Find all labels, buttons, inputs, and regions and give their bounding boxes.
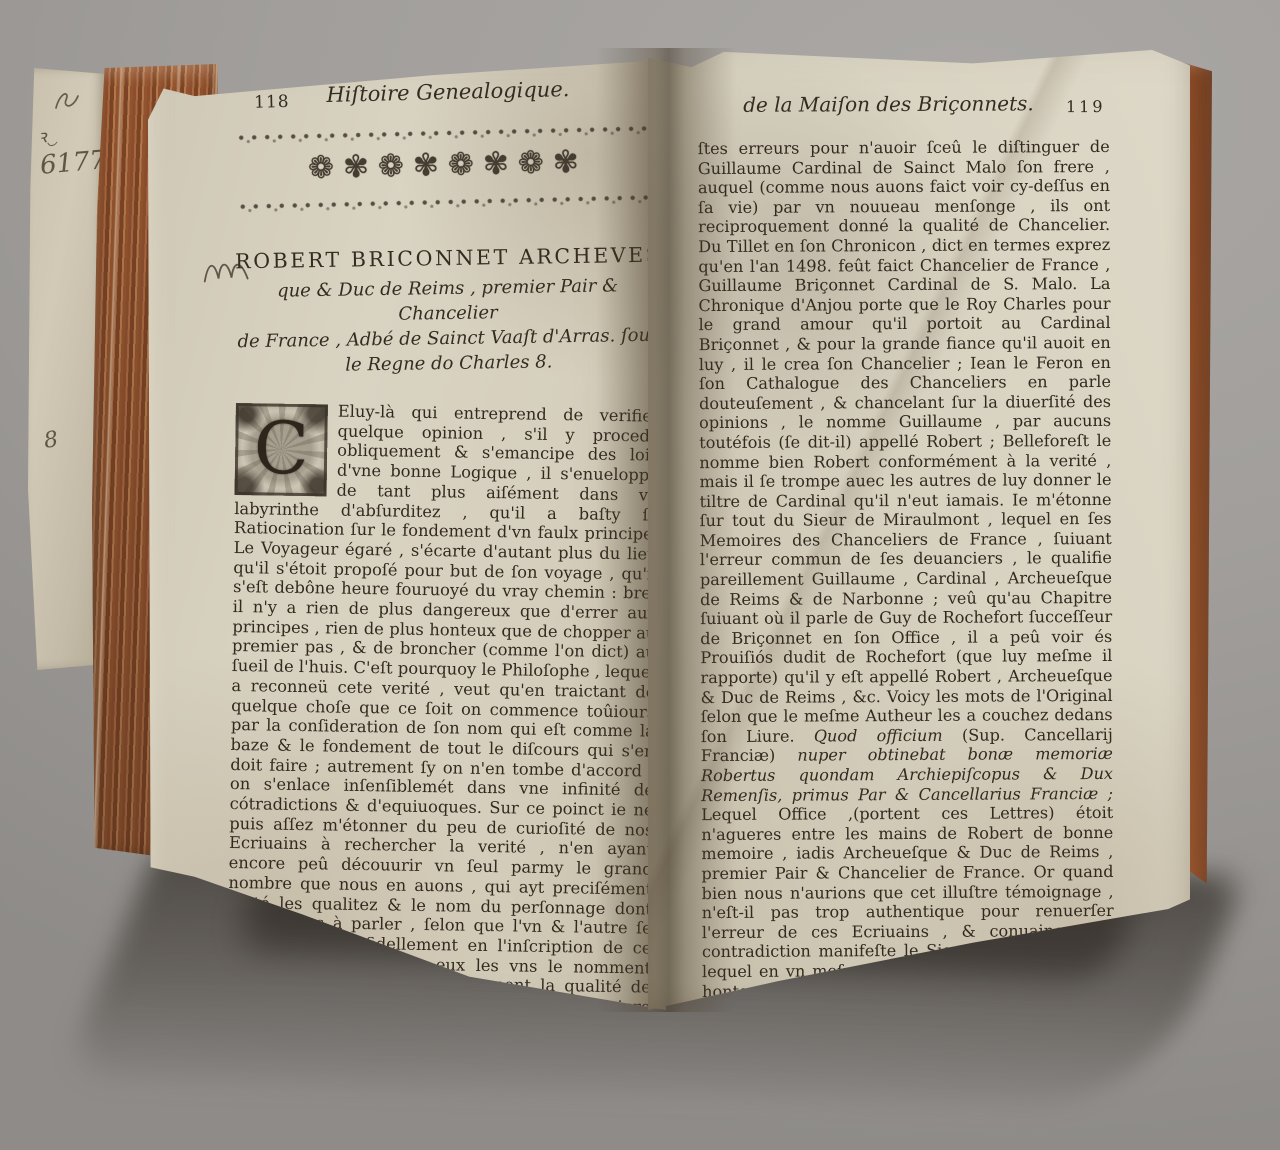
- shelf-mark-number: 6177: [39, 145, 108, 181]
- handwritten-squiggle-icon: [50, 88, 84, 114]
- shelf-mark-letter: 8: [42, 427, 59, 454]
- ornament-glyph-row: ❁✾❁✾❁✾❁✾: [235, 134, 660, 200]
- body-text-roman: ſtes erreurs pour n'auoir ſceû le diſtin…: [698, 137, 1113, 746]
- left-page: 118 Hiſtoire Genealogique. ❁✾❁✾❁✾❁✾ ROBE…: [148, 58, 666, 1010]
- photo-of-antique-book: ꝛ‿ 6177 8 118 Hiſtoire Genealogique. ❁✾❁…: [0, 0, 1280, 1150]
- page-number: 119: [1066, 97, 1106, 116]
- woodcut-headpiece-ornament: ❁✾❁✾❁✾❁✾: [235, 121, 661, 219]
- right-page: de la Maiſon des Briçonnets. 119 ſtes er…: [648, 48, 1190, 1010]
- running-title: Hiſtoire Genealogique.: [236, 75, 660, 109]
- heading-line-2: que & Duc de Reims , premier Pair & Chan…: [235, 273, 660, 330]
- latin-quote-italic: Quod officium: [814, 726, 962, 746]
- heading-line-1: ROBERT BRICONNET ARCHEVES-: [235, 243, 659, 274]
- right-page-header: de la Maiſon des Briçonnets. 119: [697, 91, 1109, 123]
- handwritten-squiggle-mark: ꝛ‿: [37, 123, 59, 149]
- woodcut-drop-cap: C: [235, 403, 328, 496]
- left-text-column: 118 Hiſtoire Genealogique. ❁✾❁✾❁✾❁✾ ROBE…: [236, 80, 660, 1031]
- running-title: de la Maiſon des Briçonnets.: [727, 91, 1049, 117]
- chapter-heading: ROBERT BRICONNET ARCHEVES- que & Duc de …: [235, 243, 661, 380]
- left-page-header: 118 Hiſtoire Genealogique.: [236, 75, 661, 115]
- drop-cap-letter: C: [254, 439, 309, 460]
- heading-lines-italic: que & Duc de Reims , premier Pair & Chan…: [235, 273, 661, 380]
